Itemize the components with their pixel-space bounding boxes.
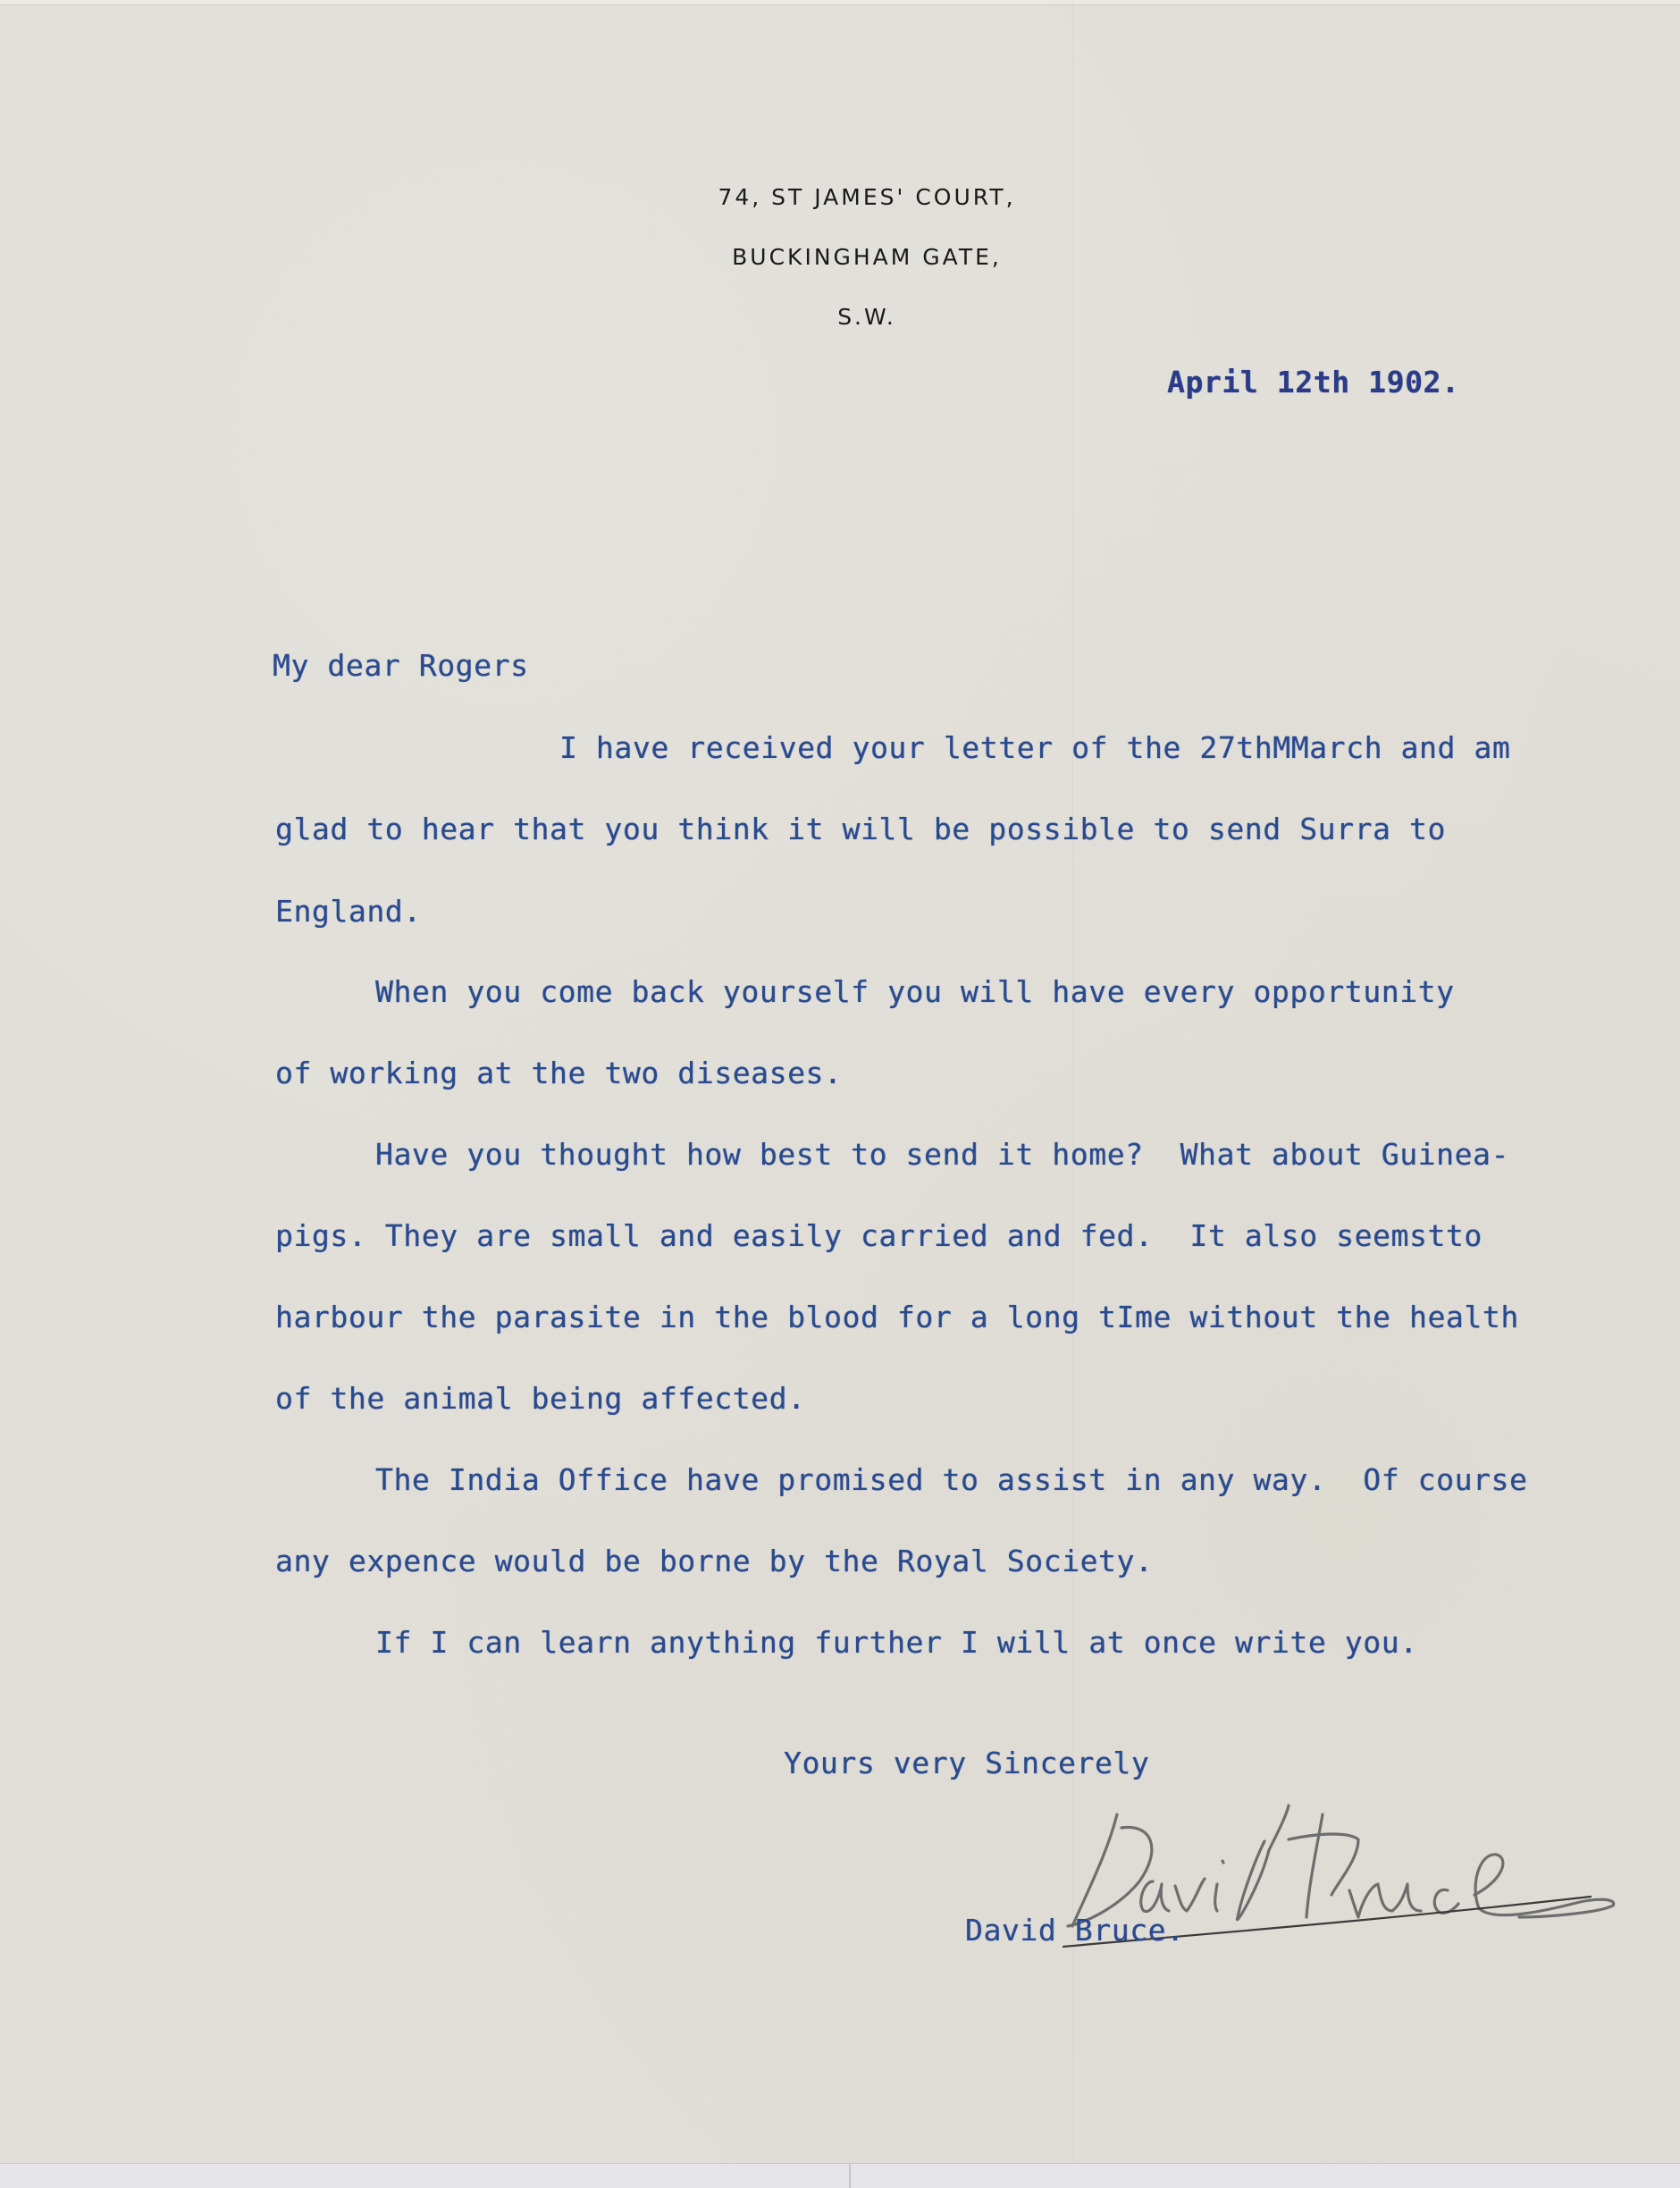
letterhead-address-line-1: 74, ST JAMES' COURT,: [27, 184, 1680, 210]
page-bottom-edge: [0, 2163, 1680, 2188]
body-line: When you come back yourself you will hav…: [375, 974, 1455, 1009]
body-line: pigs. They are small and easily carried …: [275, 1218, 1483, 1253]
body-line: I have received your letter of the 27thM…: [559, 730, 1510, 765]
paper-top-edge: [0, 0, 1680, 5]
body-line: of the animal being affected.: [275, 1381, 806, 1416]
bottom-seam: [849, 2164, 851, 2188]
body-line: of working at the two diseases.: [275, 1056, 843, 1090]
body-line: glad to hear that you think it will be p…: [275, 812, 1446, 846]
body-line: any expence would be borne by the Royal …: [275, 1544, 1153, 1578]
letterhead-address-line-2: BUCKINGHAM GATE,: [27, 244, 1680, 270]
body-line: The India Office have promised to assist…: [375, 1462, 1527, 1497]
salutation: My dear Rogers: [273, 648, 529, 683]
body-line: If I can learn anything further I will a…: [375, 1625, 1418, 1660]
letter-date: April 12th 1902.: [1167, 365, 1459, 400]
letterhead-address-line-3: S.W.: [27, 304, 1680, 330]
closing: Yours very Sincerely: [784, 1746, 1149, 1780]
typed-signature-name: David Bruce.: [965, 1913, 1185, 1948]
body-line: Have you thought how best to send it hom…: [375, 1137, 1509, 1172]
body-line: England.: [275, 894, 422, 929]
body-line: harbour the parasite in the blood for a …: [275, 1300, 1519, 1334]
